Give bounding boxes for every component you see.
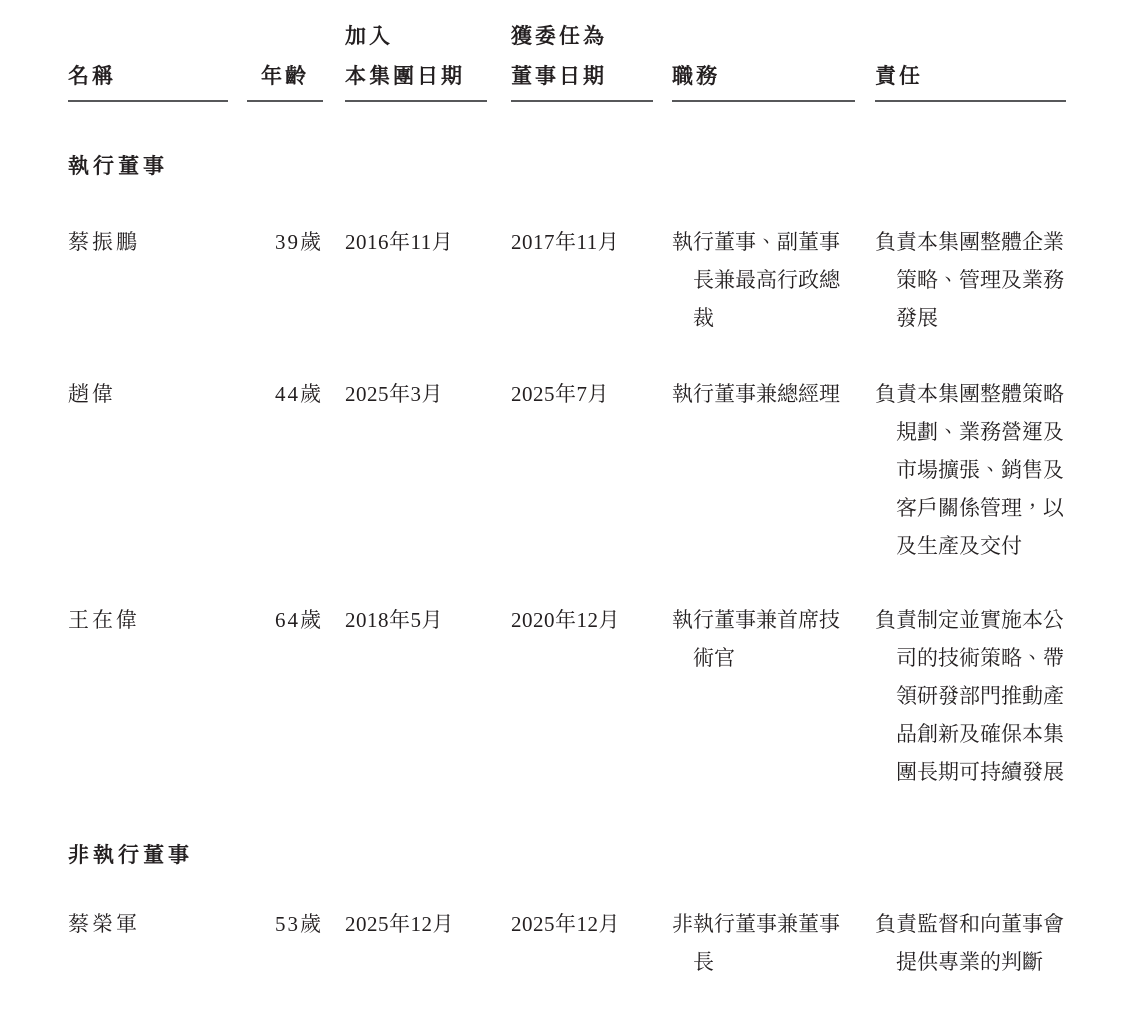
appointed-date: 2025年7月 (511, 375, 653, 413)
director-responsibility: 負責本集團整體策略規劃、業務營運及市場擴張、銷售及客戶關係管理，以及生產及交付 (875, 375, 1066, 565)
appointed-date: 2025年12月 (511, 905, 653, 943)
table-row: 王在偉 64歲 2018年5月 2020年12月 執行董事兼首席技術官 負責制定… (68, 601, 1066, 791)
joined-date: 2025年12月 (345, 905, 487, 943)
director-responsibility: 負責監督和向董事會提供專業的判斷 (875, 905, 1066, 981)
director-age: 53歲 (247, 905, 323, 943)
director-age: 64歲 (247, 601, 323, 639)
table-header-row: 名稱 年齡 加入 本集團日期 獲委任為 董事日期 職務 責任 (68, 16, 1066, 102)
director-name: 趙偉 (68, 375, 228, 413)
column-header-responsibility: 責任 (875, 16, 1066, 102)
column-header-responsibility-label: 責任 (875, 56, 1066, 96)
column-header-age-label: 年齡 (247, 56, 323, 96)
column-header-age: 年齡 (247, 16, 323, 102)
table-row: 蔡振鵬 39歲 2016年11月 2017年11月 執行董事、副董事長兼最高行政… (68, 223, 1066, 337)
column-header-appointed: 獲委任為 董事日期 (511, 16, 653, 102)
column-header-name: 名稱 (68, 16, 228, 102)
section-title-executive-directors: 執行董事 (68, 147, 1066, 185)
appointed-date: 2017年11月 (511, 223, 653, 261)
column-header-name-label: 名稱 (68, 56, 228, 96)
column-header-joined: 加入 本集團日期 (345, 16, 487, 102)
column-header-joined-line1: 加入 (345, 16, 487, 56)
column-header-appointed-line2: 董事日期 (511, 56, 653, 96)
director-position: 執行董事兼總經理 (672, 375, 855, 413)
director-name: 蔡榮軍 (68, 905, 228, 943)
table-row: 趙偉 44歲 2025年3月 2025年7月 執行董事兼總經理 負責本集團整體策… (68, 375, 1066, 565)
column-header-appointed-line1: 獲委任為 (511, 16, 653, 56)
director-name: 蔡振鵬 (68, 223, 228, 261)
table-row: 蔡榮軍 53歲 2025年12月 2025年12月 非執行董事兼董事長 負責監督… (68, 905, 1066, 981)
joined-date: 2025年3月 (345, 375, 487, 413)
director-responsibility: 負責本集團整體企業策略、管理及業務發展 (875, 223, 1066, 337)
director-responsibility: 負責制定並實施本公司的技術策略、帶領研發部門推動產品創新及確保本集團長期可持續發… (875, 601, 1066, 791)
appointed-date: 2020年12月 (511, 601, 653, 639)
section-title-non-executive-directors: 非執行董事 (68, 836, 1066, 874)
joined-date: 2018年5月 (345, 601, 487, 639)
director-position: 非執行董事兼董事長 (672, 905, 855, 981)
director-position: 執行董事兼首席技術官 (672, 601, 855, 677)
column-header-joined-line2: 本集團日期 (345, 56, 487, 96)
joined-date: 2016年11月 (345, 223, 487, 261)
director-age: 39歲 (247, 223, 323, 261)
director-position: 執行董事、副董事長兼最高行政總裁 (672, 223, 855, 337)
director-age: 44歲 (247, 375, 323, 413)
column-header-position-label: 職務 (672, 56, 855, 96)
director-name: 王在偉 (68, 601, 228, 639)
column-header-position: 職務 (672, 16, 855, 102)
directors-table-page: 名稱 年齡 加入 本集團日期 獲委任為 董事日期 職務 責任 執行董事 蔡振鵬 … (0, 0, 1134, 981)
